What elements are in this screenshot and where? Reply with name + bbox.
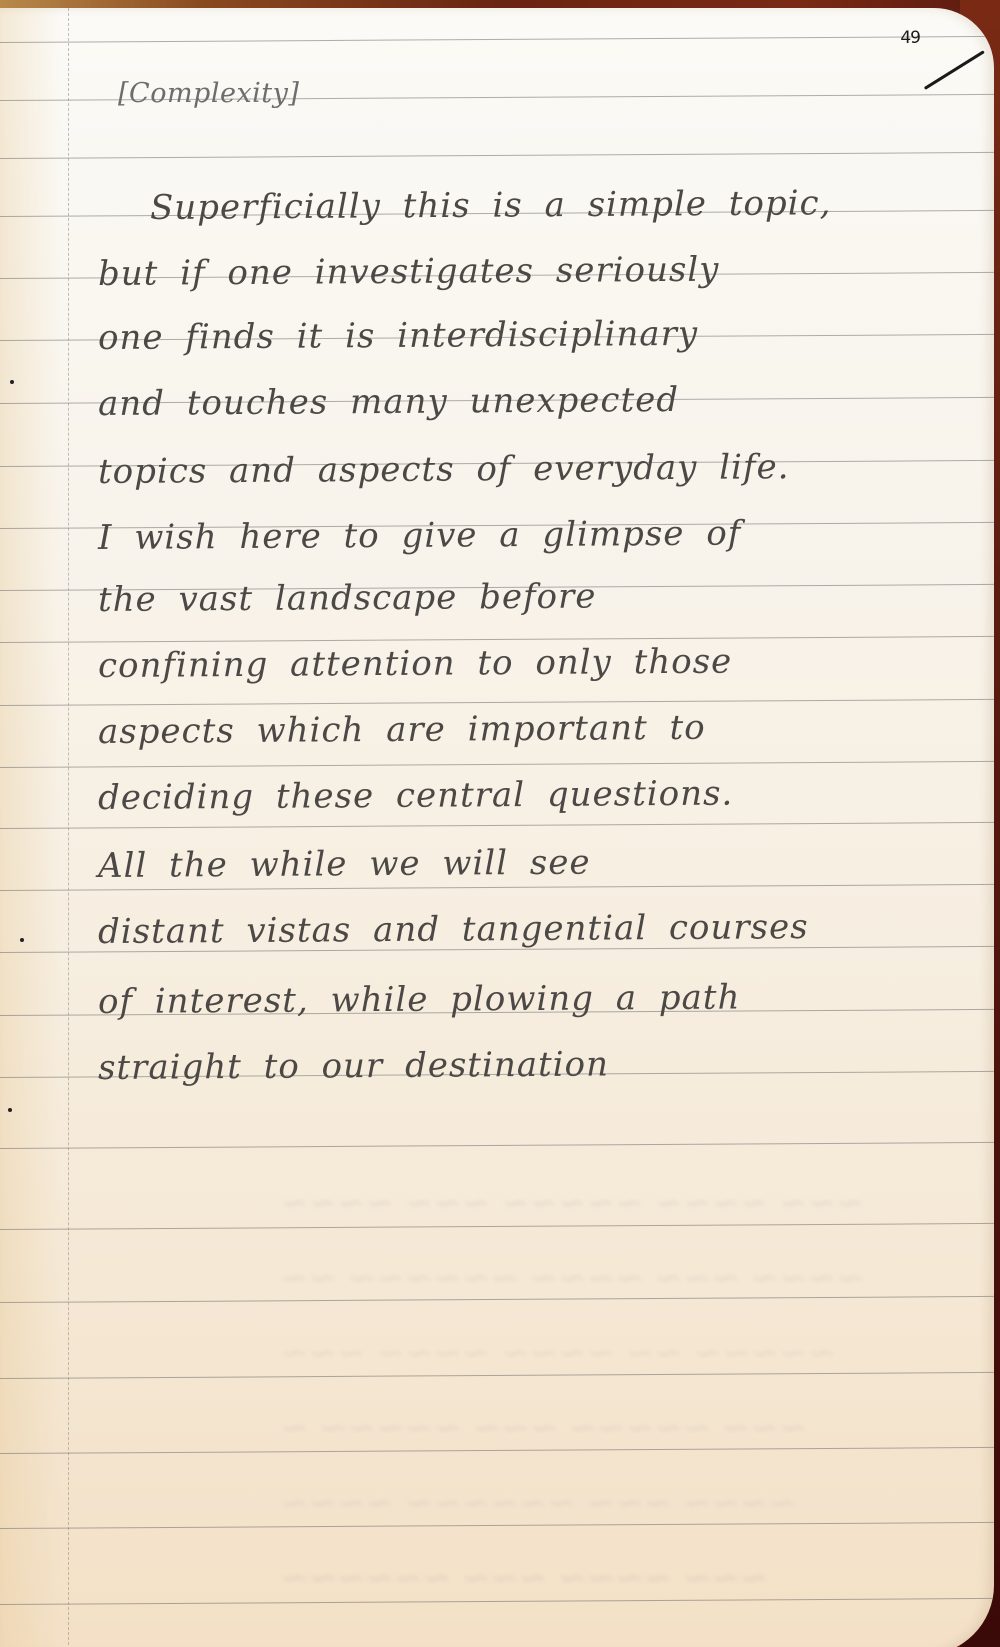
handwritten-line: of interest, while plowing a path [98,978,741,1022]
ruled-line [0,1142,994,1149]
handwritten-line: I wish here to give a glimpse of [98,514,742,558]
stray-mark [8,1108,12,1112]
handwritten-line: and touches many unexpected [98,380,679,424]
corner-tick-mark [924,50,985,90]
ruled-line [0,1223,994,1230]
ruled-line [0,822,994,829]
handwritten-line: confining attention to only those [98,642,732,686]
handwritten-line: one finds it is interdisciplinary [98,314,698,358]
stray-mark [20,938,24,942]
handwritten-line: but if one investigates seriously [98,250,720,294]
page-number: 49 [900,28,920,48]
handwritten-line: distant vistas and tangential courses [98,907,809,952]
ruled-line [0,636,994,643]
ruled-line [0,761,994,768]
bleed-through-text: ~~~~ ~~~ ~~~~ ~~~~~~ ~~ [280,1258,865,1298]
ruled-line [0,36,994,43]
handwritten-line: topics and aspects of everyday life. [98,447,790,492]
notebook-page: ~~~ ~~~~ ~~~~~ ~~~ ~~~~ ~~~~ ~~~ ~~~~ ~~… [0,8,994,1647]
bleed-through-text: ~~~ ~~~~ ~~~~~ ~~~ ~~~~ [280,1183,865,1223]
handwritten-line: deciding these central questions. [98,774,734,818]
ruled-line [0,1598,994,1605]
ruled-line [0,152,994,159]
ruled-line [0,699,994,706]
bleed-through-text: ~~~~ ~~~ ~~~~~~ ~~~~ [280,1483,797,1523]
bleed-through-text: ~~~ ~~~~ ~~~ ~~~~~~ [280,1558,768,1598]
handwritten-line: straight to our destination [98,1044,609,1088]
handwritten-line: aspects which are important to [98,708,706,752]
stray-mark [10,380,14,384]
handwritten-line: All the while we will see [98,843,591,886]
handwritten-line: Superficially this is a simple topic, [150,183,832,228]
handwritten-line: the vast landscape before [98,577,597,620]
bleed-through-text: ~~~ ~~~~~ ~~~ ~~~~~ ~ [280,1408,808,1448]
bleed-through-text: ~~~~~ ~~ ~~~~ ~~~~ ~~~ [280,1333,836,1373]
page-heading: [Complexity] [118,78,299,109]
